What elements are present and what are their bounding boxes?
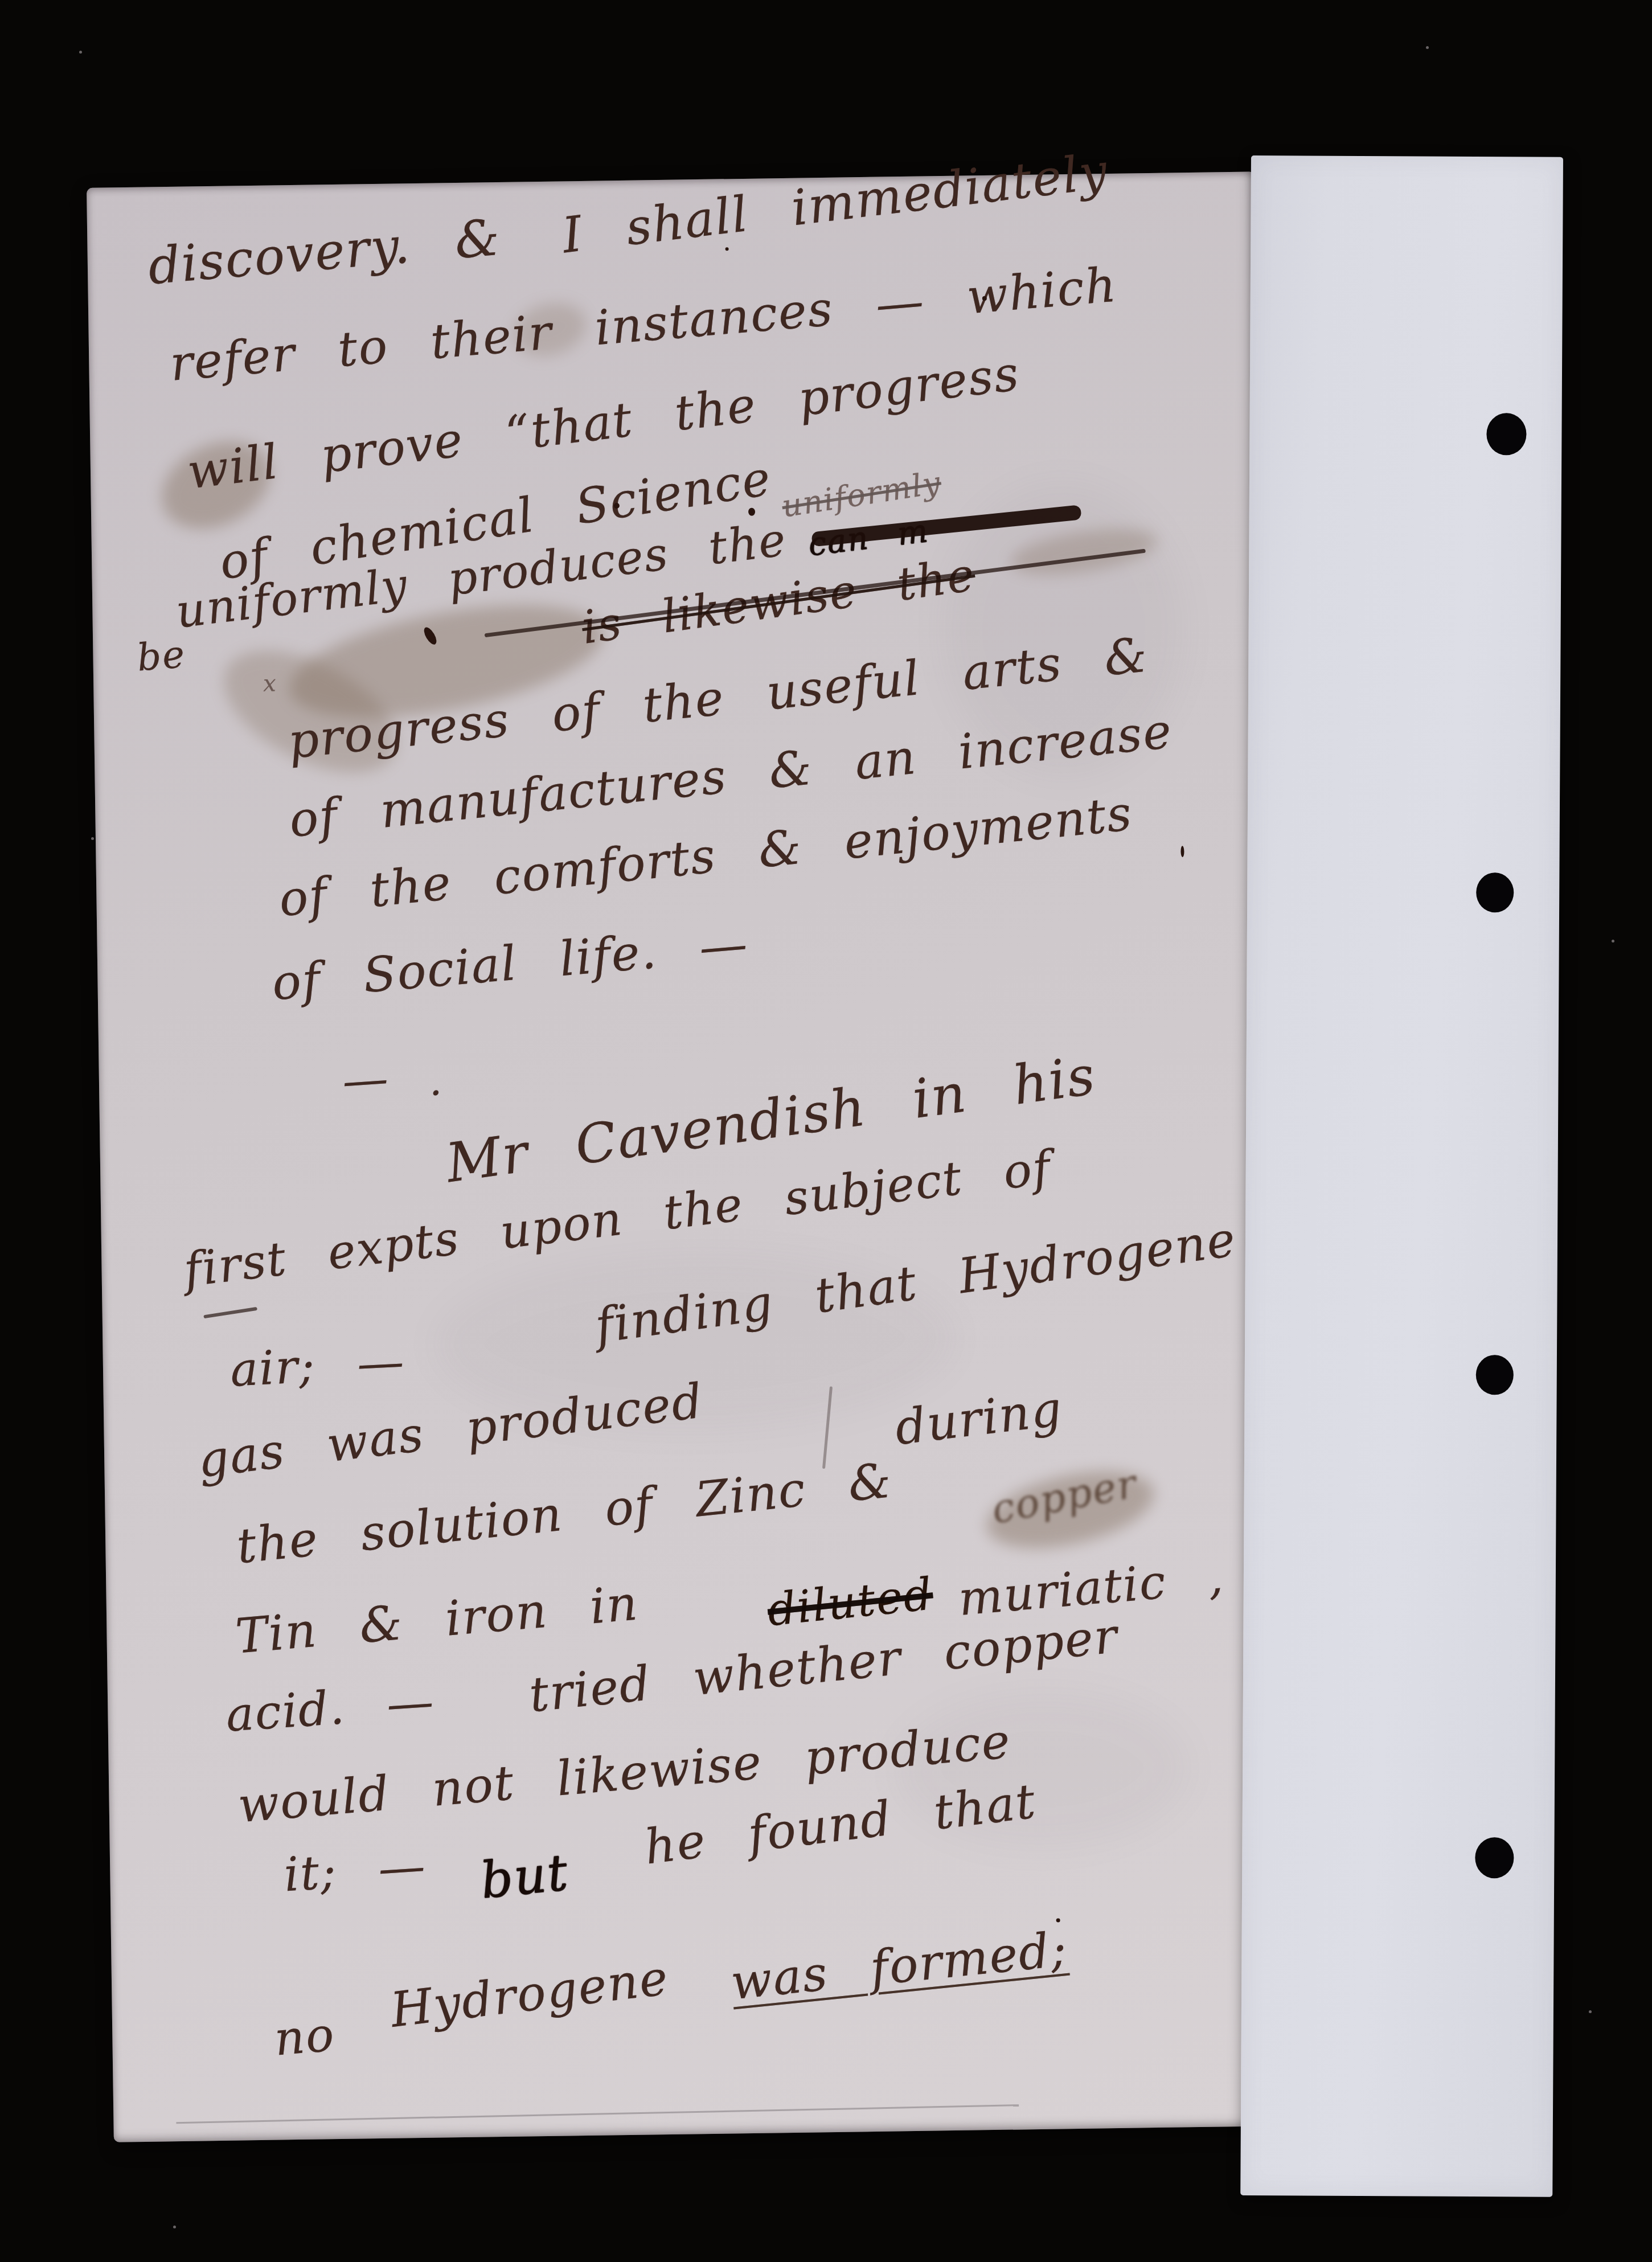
- dust-speck: [91, 837, 94, 840]
- manuscript-page: discovery. &I shall immediatelyrefer to …: [87, 171, 1282, 2142]
- dust-speck: [1426, 46, 1429, 49]
- manuscript-line: be: [136, 632, 187, 680]
- ink-speck: [1056, 1918, 1060, 1922]
- ink-stroke: [176, 2104, 1019, 2124]
- manuscript-line: but: [478, 1842, 571, 1909]
- manuscript-line: of Social life. —: [270, 916, 751, 1011]
- manuscript-line: x: [263, 670, 277, 696]
- ink-speck: [1180, 846, 1184, 857]
- manuscript-line: was formed;: [728, 1921, 1070, 2010]
- manuscript-line: —: [341, 1052, 391, 1108]
- manuscript-line: during: [892, 1380, 1065, 1456]
- dust-speck: [1589, 2010, 1592, 2013]
- manuscript-line: air; —: [229, 1335, 406, 1398]
- manuscript-line: .: [429, 1058, 443, 1104]
- ink-speck: [748, 508, 755, 516]
- punch-hole: [1486, 413, 1526, 455]
- manuscript-line: discovery. &: [146, 208, 503, 296]
- dust-speck: [79, 51, 82, 54]
- manuscript-line: acid. —: [224, 1675, 436, 1743]
- dust-speck: [173, 2226, 176, 2228]
- manuscript-line: I shall immediately: [559, 143, 1111, 264]
- punch-hole: [1476, 1355, 1514, 1395]
- ink-stroke: [203, 1307, 257, 1318]
- manuscript-line: it; —: [282, 1839, 428, 1902]
- manuscript-line: no: [272, 2007, 337, 2067]
- manuscript-line: diluted: [765, 1568, 936, 1636]
- punch-hole: [1476, 872, 1514, 912]
- dust-speck: [1612, 940, 1614, 942]
- ink-speck: [614, 503, 620, 509]
- manuscript-line: Hydrogene: [388, 1949, 672, 2038]
- ink-speck: [982, 296, 987, 301]
- punch-hole: [1475, 1837, 1514, 1878]
- photo-scene: discovery. &I shall immediatelyrefer to …: [0, 0, 1652, 2262]
- hole-punched-strip: [1240, 155, 1563, 2197]
- handwriting-layer: discovery. &I shall immediatelyrefer to …: [87, 171, 1255, 188]
- manuscript-line: Tin & iron in: [233, 1575, 641, 1665]
- ink-speck: [725, 247, 729, 251]
